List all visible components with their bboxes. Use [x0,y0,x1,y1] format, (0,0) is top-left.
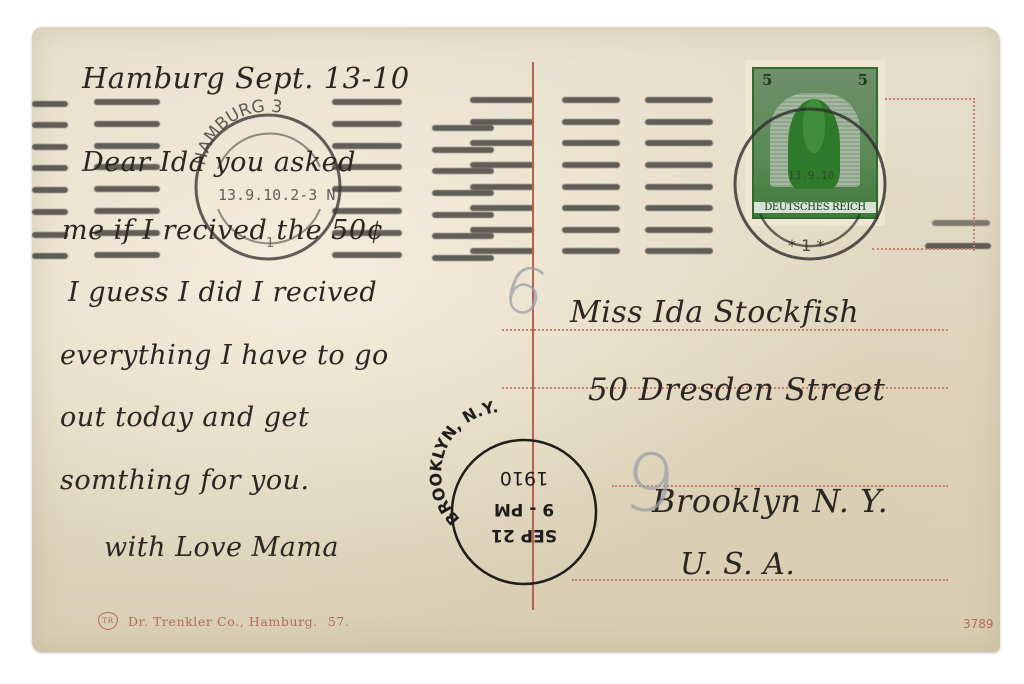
message-line-3: me if I recived the 50¢ [62,215,384,246]
message-line-2: Dear Ida you asked [82,147,356,178]
stamp-value-left: 5 [762,71,772,89]
stamp-cancel-postmark: 13.9.10 * 1 * [730,89,900,269]
stamp-cancel-code: * 1 * [788,236,824,255]
brooklyn-postmark-year: 1910 [500,467,548,489]
hamburg-postmark-date: 13.9.10.2-3 N [218,186,335,204]
publisher-name: Dr. Trenkler Co., Hamburg. [128,614,318,629]
message-signature: with Love Mama [104,532,339,563]
message-line-6: out today and get [60,402,309,433]
pencil-mark-6: 6 [494,251,556,334]
publisher-series: 57. [328,614,350,629]
message-line-1: Hamburg Sept. 13-10 [82,61,410,95]
message-line-4: I guess I did I recived [68,277,377,308]
address-street: 50 Dresden Street [588,372,885,408]
publisher-imprint: TR Dr. Trenkler Co., Hamburg. 57. [98,612,350,630]
brooklyn-postmark-city: BROOKLYN, N.Y. [426,397,499,529]
catalog-number: 3789 [963,617,994,631]
brooklyn-postmark-date: SEP 21 [491,525,557,545]
svg-text:BROOKLYN, N.Y.: BROOKLYN, N.Y. [426,397,499,529]
brooklyn-postmark: BROOKLYN, N.Y. SEP 21 9 - PM 1910 [444,432,604,592]
stamp-cancel-date: 13.9.10 [788,169,834,182]
message-line-7: somthing for you. [60,465,310,496]
address-city: Brooklyn N. Y. [652,482,888,520]
brooklyn-postmark-time: 9 - PM [494,499,554,519]
message-line-5: everything I have to go [60,340,389,371]
publisher-logo-icon: TR [98,612,118,630]
address-country: U. S. A. [680,547,795,582]
stamp-value-right: 5 [858,71,868,89]
address-name: Miss Ida Stockfish [570,295,859,330]
postcard: 5 5 DEUTSCHES REICH HAMBURG 3 13.9.10.2-… [32,27,1000,652]
